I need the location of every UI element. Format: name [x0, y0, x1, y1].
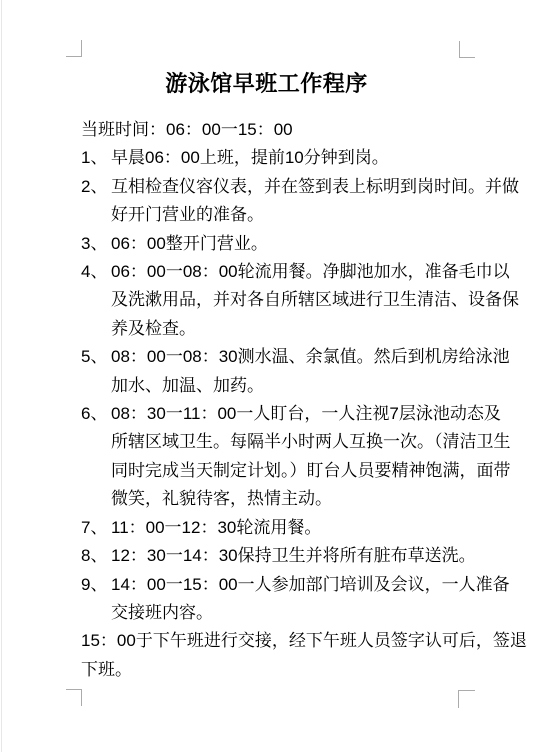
- item-number: 8、: [81, 542, 111, 570]
- procedure-item-3: 3、 06：00整开门营业。: [81, 230, 483, 258]
- item-line: 及洗漱用品，并对各自所辖区域进行卫生清洁、设备保: [111, 286, 519, 314]
- item-number: 1、: [81, 144, 111, 172]
- closing-paragraph: 15：00于下午班进行交接，经下午班人员签字认可后，签退 下班。: [81, 627, 483, 684]
- procedure-item-6: 6、 08：30一11：00一人盯台，一人注视7层泳池动态及 所辖区域卫生。每隔…: [81, 400, 483, 514]
- item-content: 早晨06：00上班，提前10分钟到岗。: [111, 144, 483, 172]
- document-body: 当班时间：06：00一15：00 1、 早晨06：00上班，提前10分钟到岗。 …: [81, 116, 483, 684]
- item-number: 6、: [81, 400, 111, 428]
- item-number: 7、: [81, 514, 111, 542]
- procedure-item-8: 8、 12：30一14：30保持卫生并将所有脏布草送洗。: [81, 542, 483, 570]
- item-line: 加水、加温、加药。: [111, 372, 510, 400]
- item-line: 08：00一08：30测水温、余氯值。然后到机房给泳池: [111, 343, 510, 371]
- item-content: 14：00一15：00一人参加部门培训及会议，一人准备 交接班内容。: [111, 571, 510, 628]
- margin-mark-top-left: [66, 40, 82, 57]
- item-line: 交接班内容。: [111, 599, 510, 627]
- item-line: 所辖区域卫生。每隔半小时两人互换一次。（清洁卫生: [111, 428, 511, 456]
- item-content: 11：00一12：30轮流用餐。: [111, 514, 483, 542]
- page-title: 游泳馆早班工作程序: [81, 68, 452, 100]
- item-line: 06：00整开门营业。: [111, 230, 483, 258]
- item-content: 互相检查仪容仪表，并在签到表上标明到岗时间。并做 好开门营业的准备。: [111, 173, 519, 230]
- item-number: 4、: [81, 258, 111, 286]
- procedure-item-7: 7、 11：00一12：30轮流用餐。: [81, 514, 483, 542]
- document-page: 游泳馆早班工作程序 当班时间：06：00一15：00 1、 早晨06：00上班，…: [0, 0, 533, 752]
- window-left-edge: [1, 0, 2, 752]
- item-line: 好开门营业的准备。: [111, 201, 519, 229]
- item-line: 11：00一12：30轮流用餐。: [111, 514, 483, 542]
- procedure-item-5: 5、 08：00一08：30测水温、余氯值。然后到机房给泳池 加水、加温、加药。: [81, 343, 483, 400]
- item-line: 养及检查。: [111, 315, 519, 343]
- item-line: 12：30一14：30保持卫生并将所有脏布草送洗。: [111, 542, 483, 570]
- margin-mark-bottom-left: [66, 689, 82, 706]
- item-line: 08：30一11：00一人盯台，一人注视7层泳池动态及: [111, 400, 511, 428]
- item-line: 14：00一15：00一人参加部门培训及会议，一人准备: [111, 571, 510, 599]
- item-number: 2、: [81, 173, 111, 201]
- item-line: 早晨06：00上班，提前10分钟到岗。: [111, 144, 483, 172]
- closing-line: 15：00于下午班进行交接，经下午班人员签字认可后，签退: [81, 627, 483, 655]
- margin-mark-top-right: [459, 41, 475, 58]
- item-content: 06：00整开门营业。: [111, 230, 483, 258]
- item-line: 06：00一08：00轮流用餐。净脚池加水，准备毛巾以: [111, 258, 519, 286]
- procedure-item-1: 1、 早晨06：00上班，提前10分钟到岗。: [81, 144, 483, 172]
- item-line: 微笑，礼貌待客，热情主动。: [111, 485, 511, 513]
- margin-mark-bottom-right: [458, 690, 475, 708]
- item-number: 9、: [81, 571, 111, 599]
- item-line: 同时完成当天制定计划。）盯台人员要精神饱满，面带: [111, 457, 511, 485]
- item-number: 5、: [81, 343, 111, 371]
- procedure-item-2: 2、 互相检查仪容仪表，并在签到表上标明到岗时间。并做 好开门营业的准备。: [81, 173, 483, 230]
- procedure-item-9: 9、 14：00一15：00一人参加部门培训及会议，一人准备 交接班内容。: [81, 571, 483, 628]
- item-content: 12：30一14：30保持卫生并将所有脏布草送洗。: [111, 542, 483, 570]
- duty-time-line: 当班时间：06：00一15：00: [81, 116, 483, 144]
- procedure-item-4: 4、 06：00一08：00轮流用餐。净脚池加水，准备毛巾以 及洗漱用品，并对各…: [81, 258, 483, 343]
- closing-line: 下班。: [81, 656, 483, 684]
- item-content: 08：30一11：00一人盯台，一人注视7层泳池动态及 所辖区域卫生。每隔半小时…: [111, 400, 511, 514]
- item-number: 3、: [81, 230, 111, 258]
- item-line: 互相检查仪容仪表，并在签到表上标明到岗时间。并做: [111, 173, 519, 201]
- item-content: 08：00一08：30测水温、余氯值。然后到机房给泳池 加水、加温、加药。: [111, 343, 510, 400]
- item-content: 06：00一08：00轮流用餐。净脚池加水，准备毛巾以 及洗漱用品，并对各自所辖…: [111, 258, 519, 343]
